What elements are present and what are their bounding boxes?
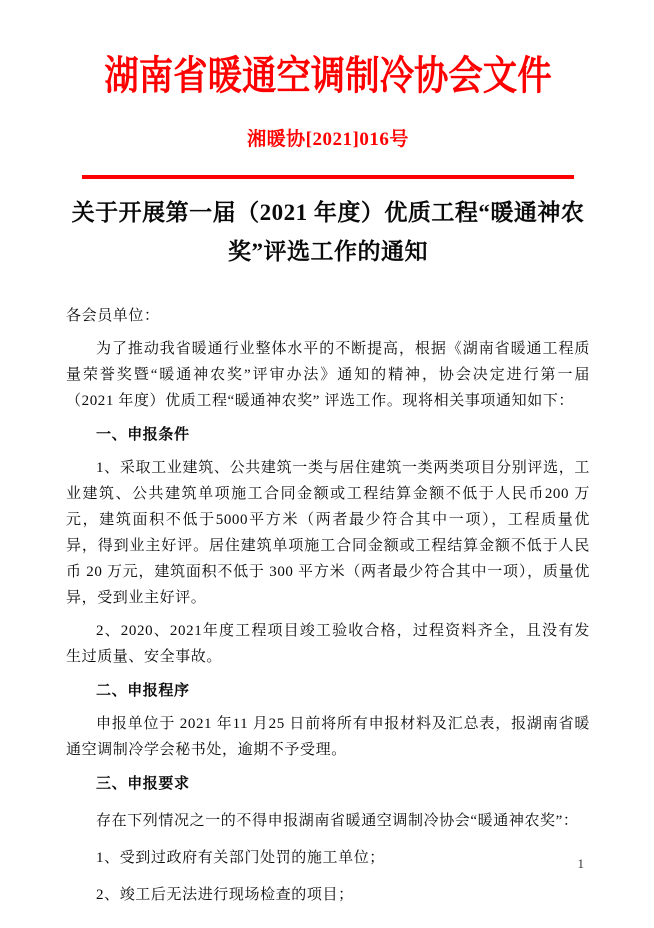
header-divider-rule bbox=[82, 175, 574, 179]
section-1-item-2: 2、2020、2021年度工程项目竣工验收合格，过程资料齐全，且没有发生过质量、… bbox=[66, 618, 590, 670]
org-title: 湖南省暖通空调制冷协会文件 bbox=[103, 52, 554, 100]
section-2-heading: 二、申报程序 bbox=[66, 678, 590, 704]
section-1-item-1: 1、采取工业建筑、公共建筑一类与居住建筑一类两类项目分别评选，工业建筑、公共建筑… bbox=[66, 455, 590, 611]
section-3-item-2: 2、竣工后无法进行现场检查的项目； bbox=[66, 882, 590, 908]
section-1-heading: 一、申报条件 bbox=[66, 422, 590, 448]
document-page: 湖南省暖通空调制冷协会文件 湘暖协[2021]016号 关于开展第一届（2021… bbox=[0, 0, 654, 928]
section-2-paragraph: 申报单位于 2021 年11 月25 日前将所有申报材料及汇总表，报湖南省暖通空… bbox=[66, 711, 590, 763]
doc-number: 湘暖协[2021]016号 bbox=[66, 129, 590, 151]
section-3-intro: 存在下列情况之一的不得申报湖南省暖通空调制冷协会“暖通神农奖”： bbox=[66, 808, 590, 834]
section-3-item-1: 1、受到过政府有关部门处罚的施工单位； bbox=[66, 845, 590, 871]
section-3-heading: 三、申报要求 bbox=[66, 771, 590, 797]
notice-body: 各会员单位： 为了推动我省暖通行业整体水平的不断提高，根据《湖南省暖通工程质量荣… bbox=[66, 303, 590, 908]
document-header: 湖南省暖通空调制冷协会文件 湘暖协[2021]016号 bbox=[66, 52, 590, 179]
notice-title: 关于开展第一届（2021 年度）优质工程“暖通神农奖”评选工作的通知 bbox=[66, 193, 590, 271]
salutation: 各会员单位： bbox=[66, 303, 590, 329]
page-number: 1 bbox=[578, 856, 585, 872]
paragraph-intro: 为了推动我省暖通行业整体水平的不断提高，根据《湖南省暖通工程质量荣誉奖暨“暖通神… bbox=[66, 336, 590, 414]
